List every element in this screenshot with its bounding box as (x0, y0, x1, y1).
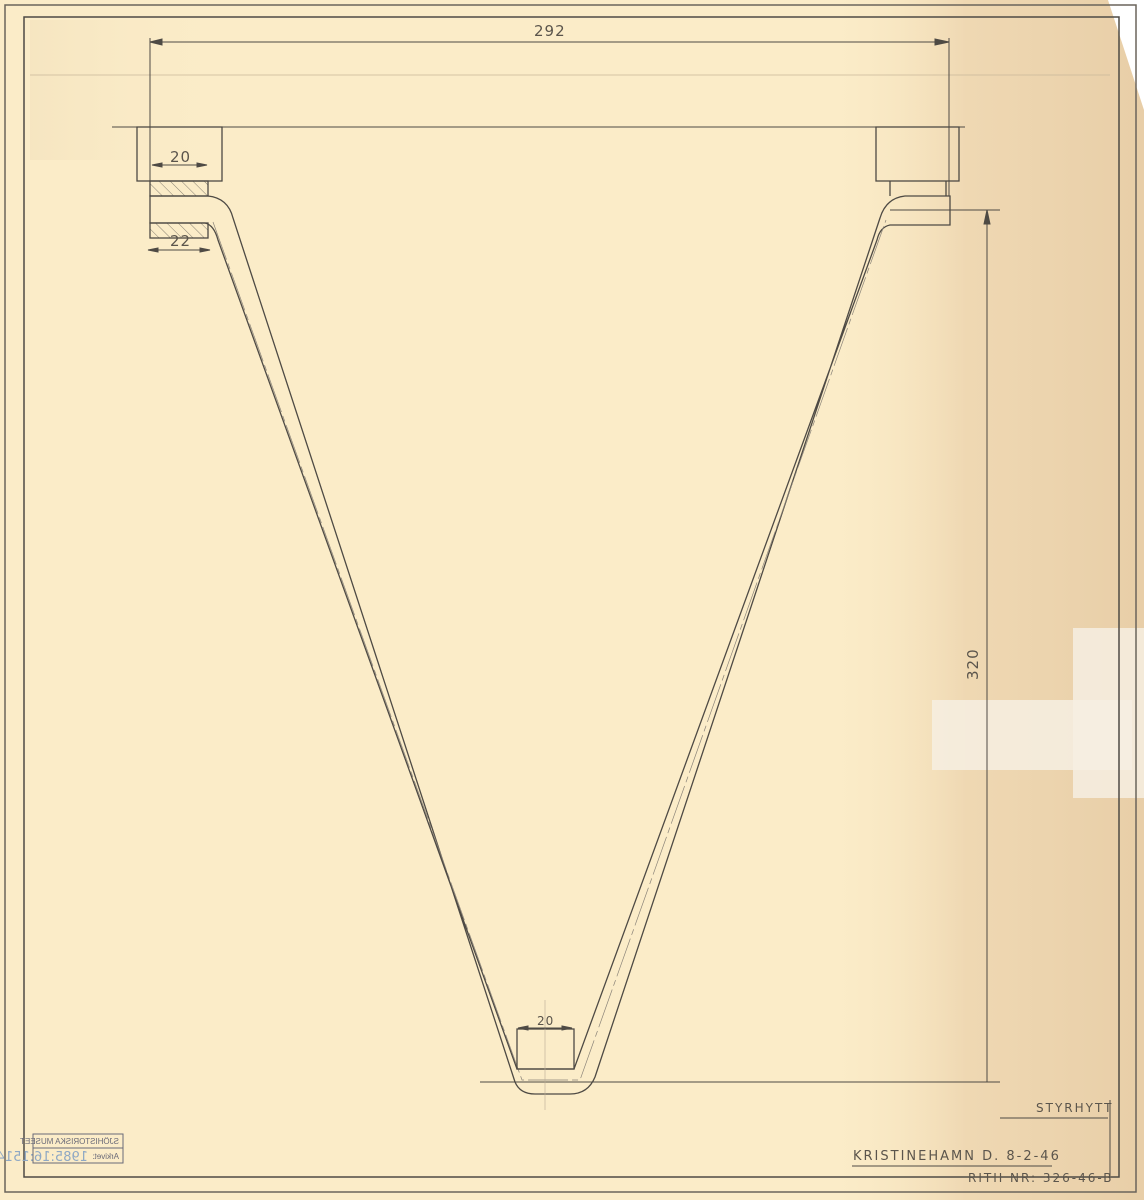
stamp-museum: SJÖHISTORISKA MUSEET (20, 1137, 119, 1146)
stain-top-left (30, 20, 250, 160)
dim-left-lower-flange: 22 (170, 232, 191, 250)
drawing-canvas: 292 20 22 20 320 STYRHYTT KRISTINEHAMN D… (0, 0, 1144, 1200)
dim-overall-width: 292 (534, 22, 566, 40)
stamp-archive-number: 1985:16:1514 A (0, 1150, 88, 1165)
dim-bottom-flange: 20 (537, 1014, 554, 1028)
drawing-number: RITH NR: 326-46-B (968, 1171, 1114, 1185)
technical-drawing-sheet: 292 20 22 20 320 STYRHYTT KRISTINEHAMN D… (0, 0, 1144, 1200)
dim-left-upper-flange: 20 (170, 148, 191, 166)
left-upper-hatch (150, 181, 208, 196)
place-and-date: KRISTINEHAMN D. 8-2-46 (853, 1149, 1061, 1164)
stain-right (820, 0, 1144, 1200)
dim-overall-height: 320 (964, 648, 982, 680)
stamp-archive-label: Arkivet: (92, 1152, 119, 1161)
tape-strip-vertical (1073, 628, 1144, 798)
part-name: STYRHYTT (1036, 1101, 1113, 1115)
